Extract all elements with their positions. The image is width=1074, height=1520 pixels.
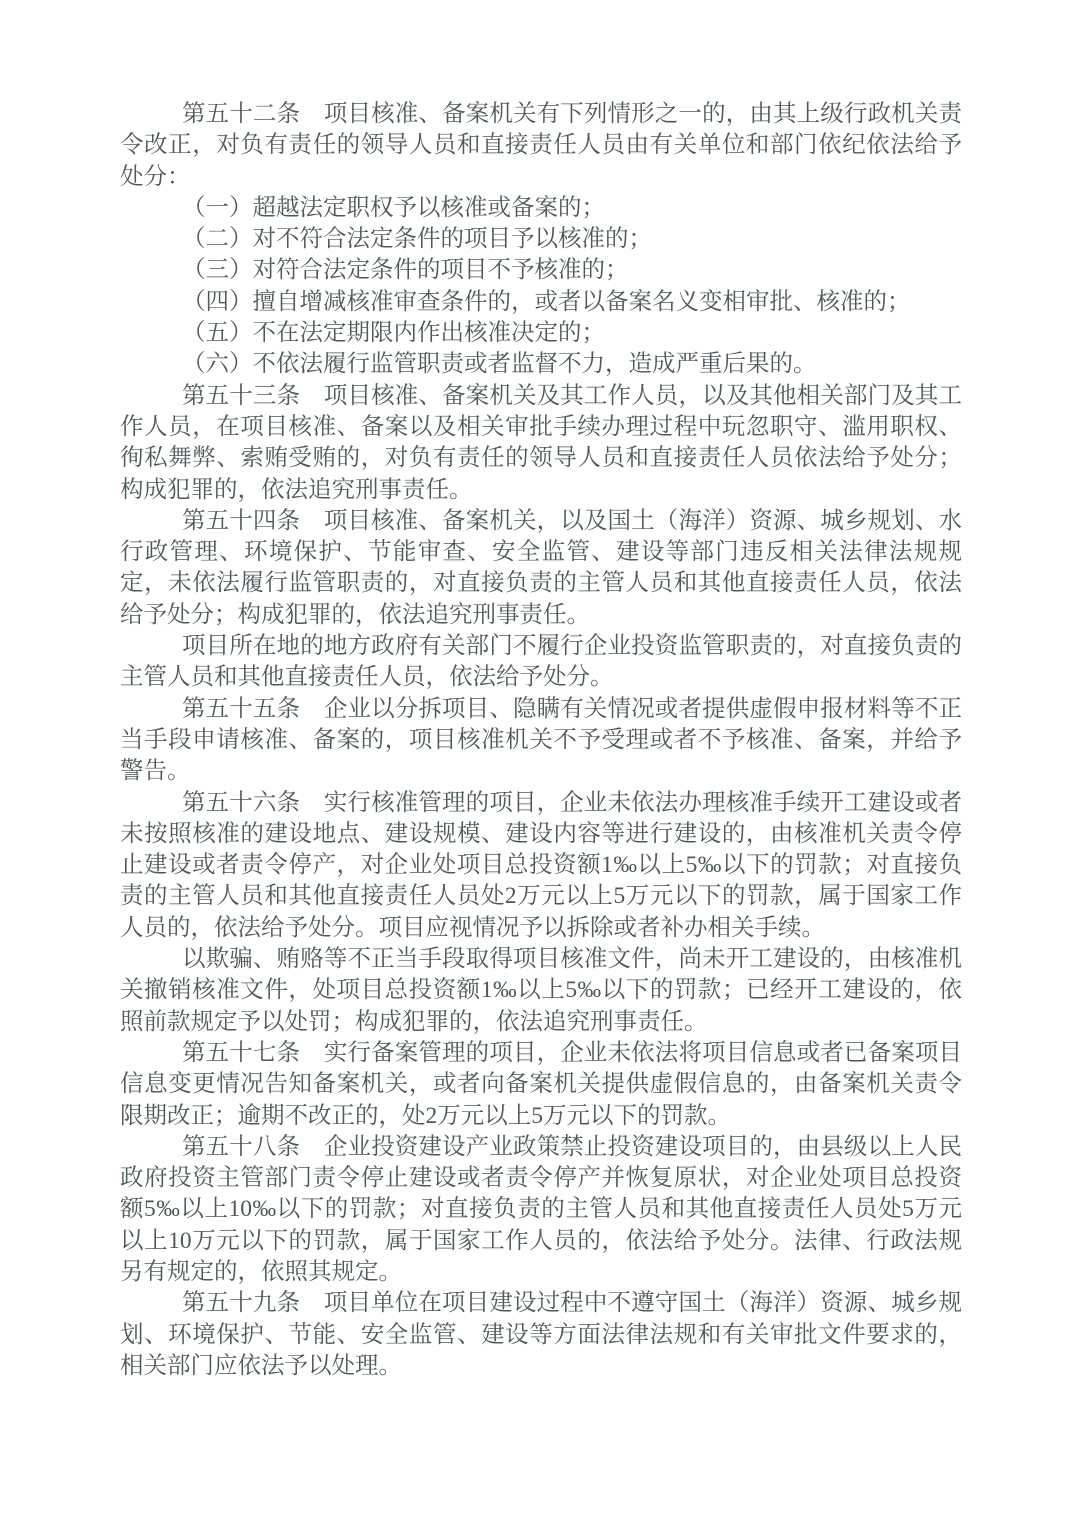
paragraph-article-52-item-6: （六）不依法履行监管职责或者监督不力，造成严重后果的。 <box>120 349 962 380</box>
paragraph-article-52-item-2: （二）对不符合法定条件的项目予以核准的； <box>120 224 962 255</box>
paragraph-article-52-item-5: （五）不在法定期限内作出核准决定的； <box>120 318 962 349</box>
paragraph-article-59: 第五十九条 项目单位在项目建设过程中不遵守国土（海洋）资源、城乡规划、环境保护、… <box>120 1288 962 1382</box>
paragraph-article-55: 第五十五条 企业以分拆项目、隐瞒有关情况或者提供虚假申报材料等不正当手段申请核准… <box>120 694 962 788</box>
paragraph-article-56-para-1: 第五十六条 实行核准管理的项目，企业未依法办理核准手续开工建设或者未按照核准的建… <box>120 788 962 944</box>
paragraph-article-57: 第五十七条 实行备案管理的项目，企业未依法将项目信息或者已备案项目信息变更情况告… <box>120 1038 962 1132</box>
document-page: 第五十二条 项目核准、备案机关有下列情形之一的，由其上级行政机关责令改正，对负有… <box>0 0 1074 1520</box>
paragraph-article-54-para-1: 第五十四条 项目核准、备案机关，以及国土（海洋）资源、城乡规划、水行政管理、环境… <box>120 506 962 631</box>
paragraph-article-56-para-2: 以欺骗、贿赂等不正当手段取得项目核准文件，尚未开工建设的，由核准机关撤销核准文件… <box>120 944 962 1038</box>
paragraph-article-53: 第五十三条 项目核准、备案机关及其工作人员，以及其他相关部门及其工作人员，在项目… <box>120 381 962 506</box>
paragraph-article-52-item-4: （四）擅自增减核准审查条件的，或者以备案名义变相审批、核准的； <box>120 287 962 318</box>
paragraph-article-52: 第五十二条 项目核准、备案机关有下列情形之一的，由其上级行政机关责令改正，对负有… <box>120 99 962 193</box>
paragraph-article-58: 第五十八条 企业投资建设产业政策禁止投资建设项目的，由县级以上人民政府投资主管部… <box>120 1132 962 1288</box>
paragraph-article-52-item-1: （一）超越法定职权予以核准或备案的； <box>120 193 962 224</box>
document-text-block: 第五十二条 项目核准、备案机关有下列情形之一的，由其上级行政机关责令改正，对负有… <box>120 99 962 1382</box>
paragraph-article-54-para-2: 项目所在地的地方政府有关部门不履行企业投资监管职责的，对直接负责的主管人员和其他… <box>120 631 962 694</box>
paragraph-article-52-item-3: （三）对符合法定条件的项目不予核准的； <box>120 255 962 286</box>
